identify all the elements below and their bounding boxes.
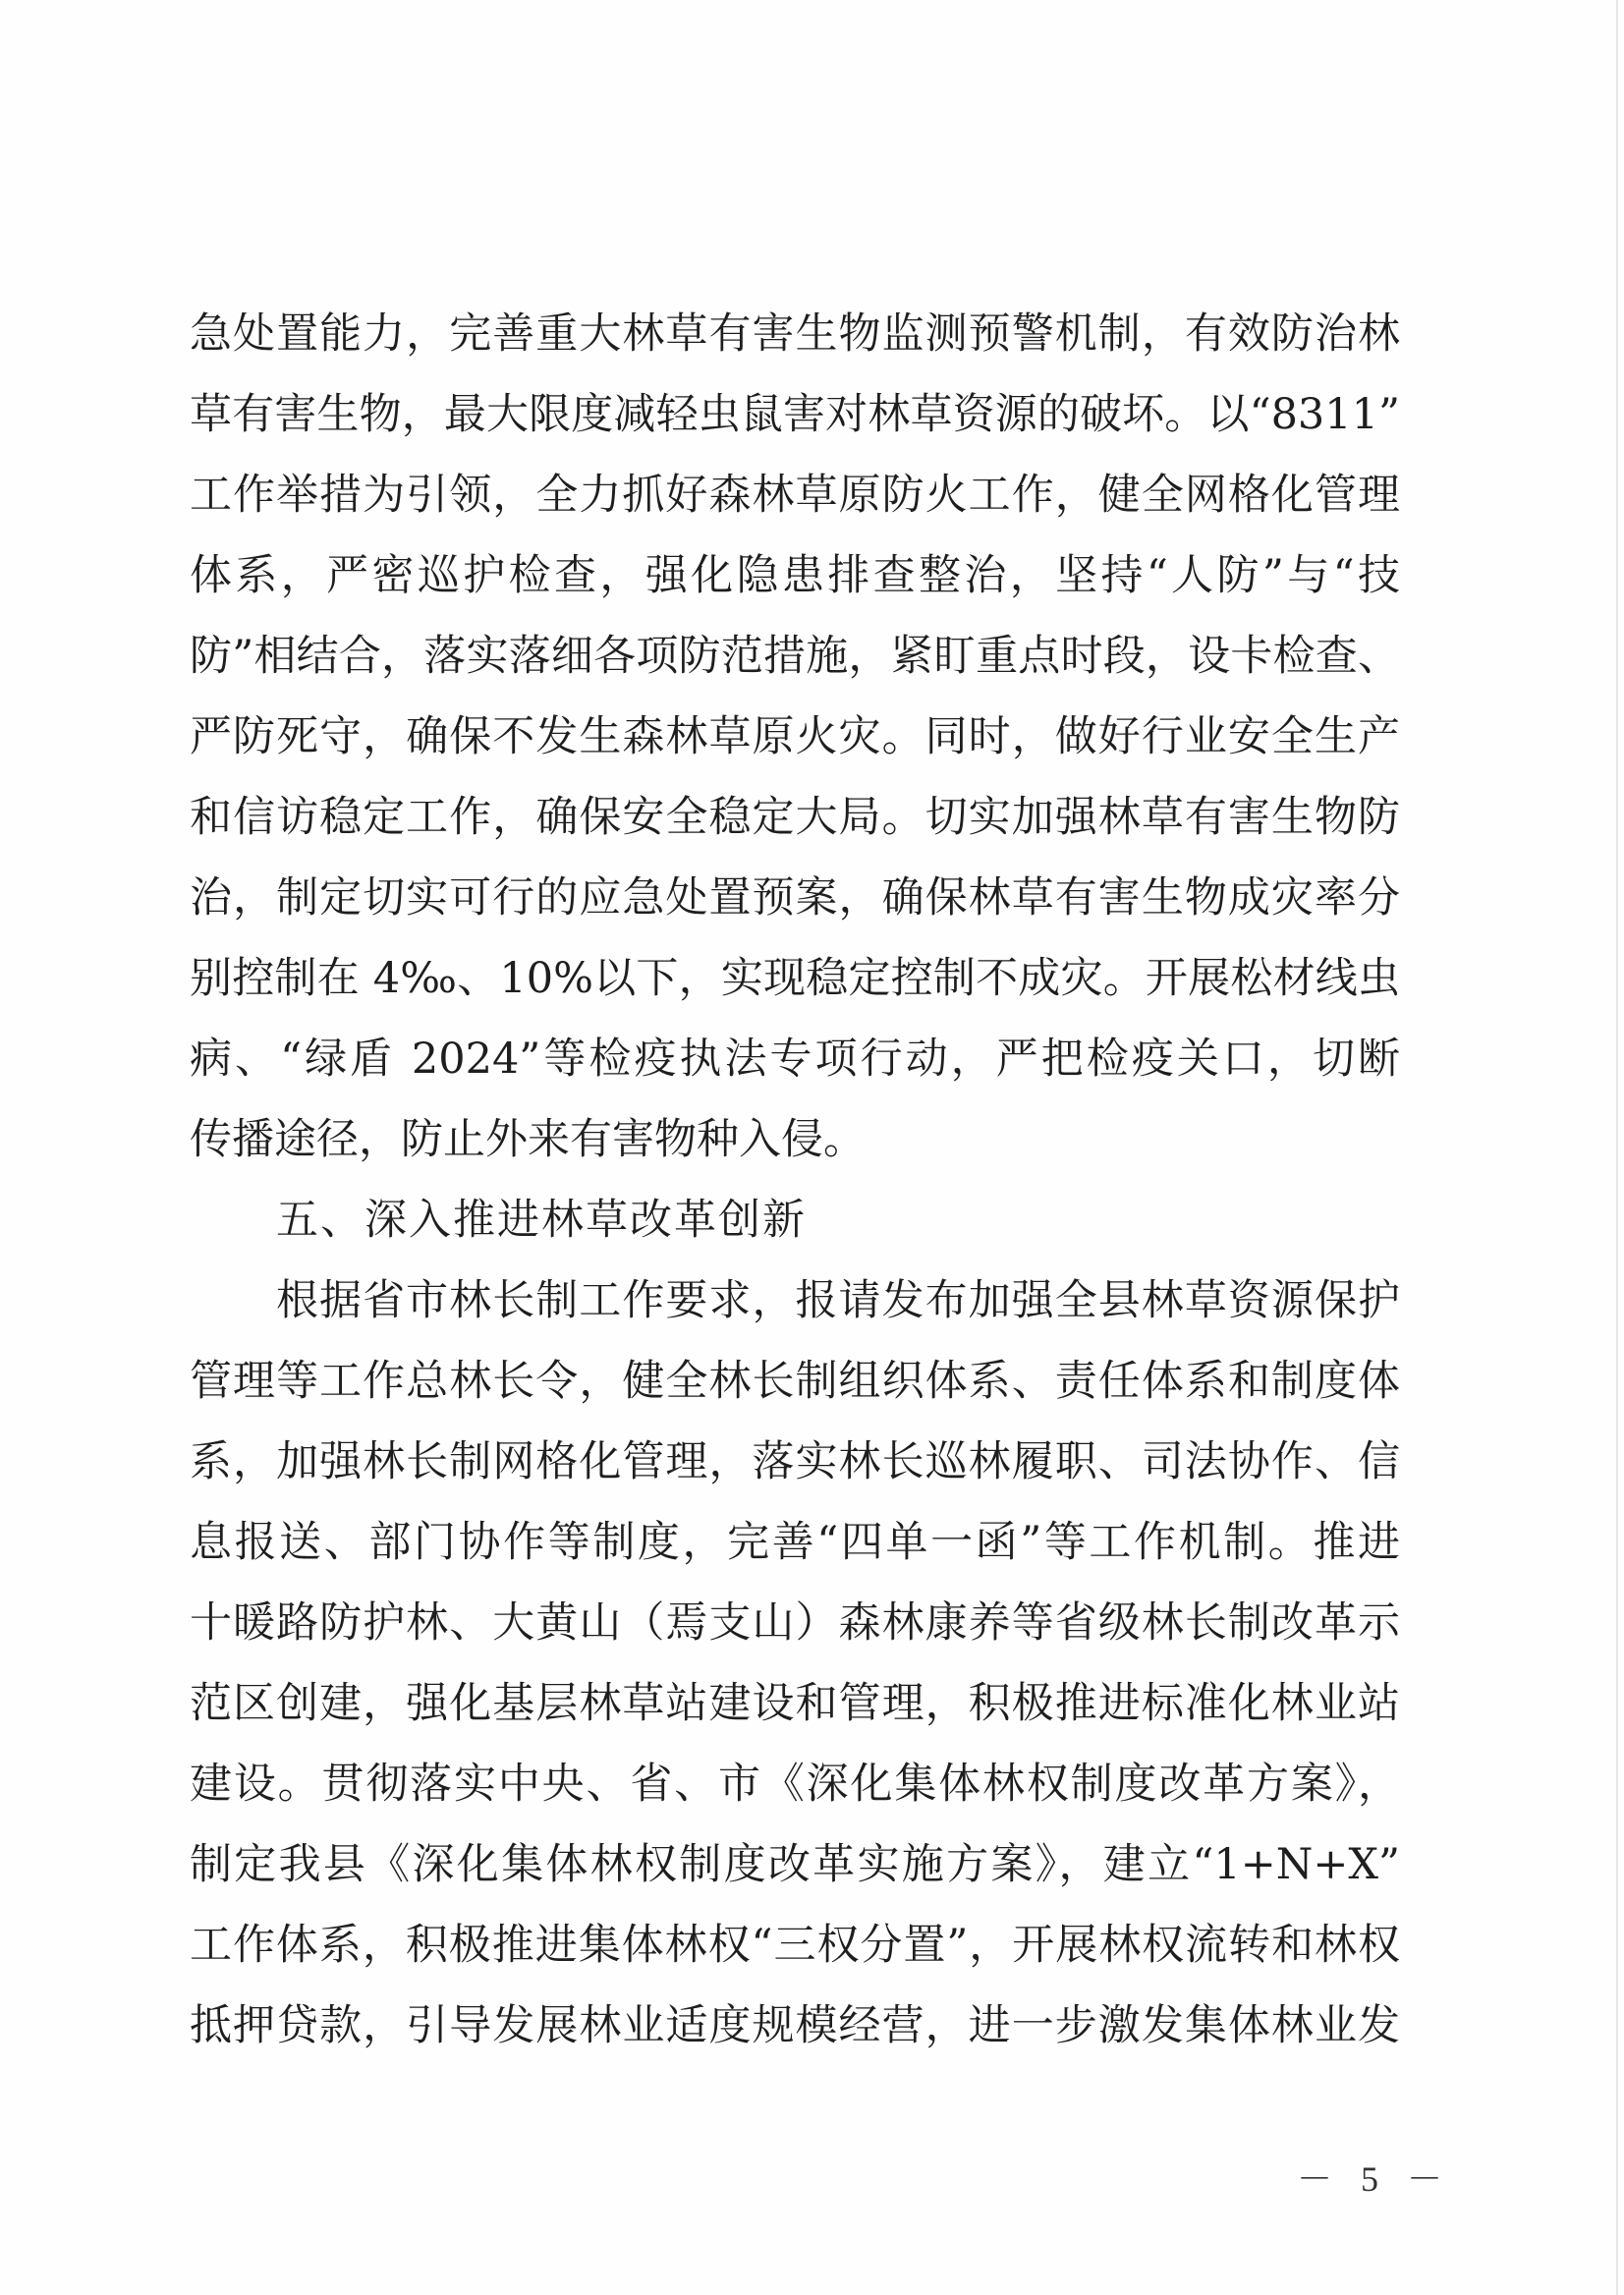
text-line: 息报送、部门协作等制度，完善“四单一函”等工作机制。推进	[190, 1513, 1400, 1572]
text-line: 草有害生物，最大限度减轻虫鼠害对林草资源的破坏。以“8311”	[190, 385, 1400, 444]
text-line: 治，制定切实可行的应急处置预案，确保林草有害生物成灾率分	[190, 868, 1400, 927]
text-line: 管理等工作总林长令，健全林长制组织体系、责任体系和制度体	[190, 1352, 1400, 1411]
text-line: 根据省市林长制工作要求，报请发布加强全县林草资源保护	[276, 1271, 1400, 1330]
text-line: 和信访稳定工作，确保安全稳定大局。切实加强林草有害生物防	[190, 788, 1400, 847]
text-line: 工作体系，积极推进集体林权“三权分置”，开展林权流转和林权	[190, 1916, 1400, 1975]
section-heading: 五、深入推进林草改革创新	[276, 1191, 807, 1250]
text-line: 十暖路防护林、大黄山（焉支山）森林康养等省级林长制改革示	[190, 1594, 1400, 1652]
text-line: 严防死守，确保不发生森林草原火灾。同时，做好行业安全生产	[190, 707, 1400, 766]
text-line: 抵押贷款，引导发展林业适度规模经营，进一步激发集体林业发	[190, 1996, 1400, 2055]
text-line: 急处置能力，完善重大林草有害生物监测预警机制，有效防治林	[190, 305, 1400, 364]
text-line: 制定我县《深化集体林权制度改革实施方案》，建立“1+N+X”	[190, 1835, 1400, 1894]
text-line: 别控制在 4‰、10%以下，实现稳定控制不成灾。开展松材线虫	[190, 949, 1400, 1008]
page-number: － 5 －	[1297, 2152, 1452, 2202]
text-line: 范区创建，强化基层林草站建设和管理，积极推进标准化林业站	[190, 1674, 1400, 1733]
text-line: 防”相结合，落实落细各项防范措施，紧盯重点时段，设卡检查、	[190, 627, 1400, 686]
text-line: 体系，严密巡护检查，强化隐患排查整治，坚持“人防”与“技	[190, 546, 1400, 605]
text-line: 传播途径，防止外来有害物种入侵。	[190, 1110, 1400, 1169]
text-line: 系，加强林长制网格化管理，落实林长巡林履职、司法协作、信	[190, 1432, 1400, 1491]
text-line: 工作举措为引领，全力抓好森林草原防火工作，健全网格化管理	[190, 466, 1400, 525]
text-line: 病、“绿盾 2024”等检疫执法专项行动，严把检疫关口，切断	[190, 1030, 1400, 1089]
document-page: 急处置能力，完善重大林草有害生物监测预警机制，有效防治林 草有害生物，最大限度减…	[0, 0, 1624, 2295]
text-line: 建设。贯彻落实中央、省、市《深化集体林权制度改革方案》，	[190, 1755, 1400, 1814]
scan-edge	[1616, 0, 1618, 2295]
